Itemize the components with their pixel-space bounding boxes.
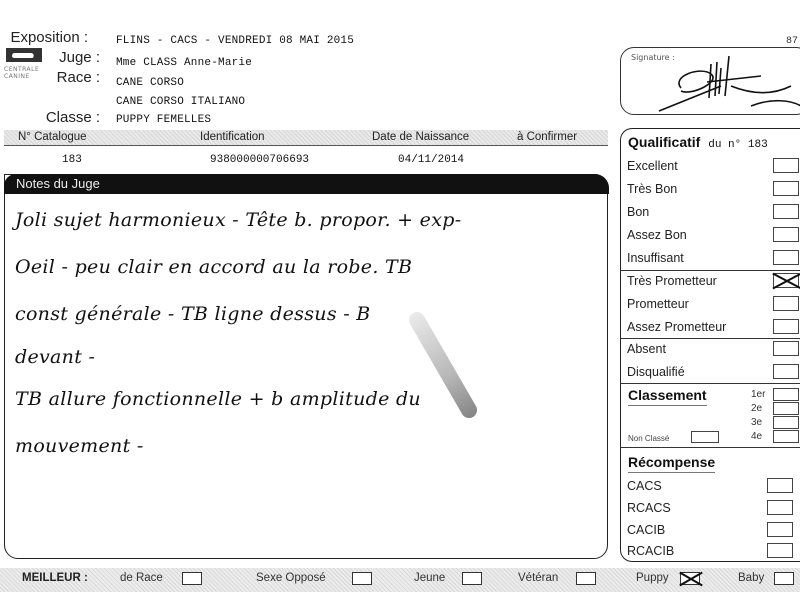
classe-value: PUPPY FEMELLES (116, 114, 211, 126)
meilleur-sexe-oppose-label: Sexe Opposé (256, 572, 326, 584)
signature-box: Signature : (620, 47, 800, 115)
disqualifie-checkbox[interactable] (773, 364, 799, 379)
non-classe-label: Non Classé (628, 434, 669, 443)
to-confirm-header: à Confirmer (517, 131, 577, 143)
divider (621, 447, 800, 448)
qualificatif-number: 183 (748, 139, 768, 151)
catalogue-number-header: N° Catalogue (18, 131, 87, 143)
qual-option-disqualifie: Disqualifié (627, 365, 685, 379)
rcacib-checkbox[interactable] (767, 543, 793, 558)
cacs-checkbox[interactable] (767, 478, 793, 493)
meilleur-label: MEILLEUR : (22, 572, 88, 584)
cacib-checkbox[interactable] (767, 522, 793, 537)
rcacs-checkbox[interactable] (767, 500, 793, 515)
classe-label: Classe : (4, 109, 100, 126)
classement-title: Classement (628, 387, 707, 403)
exposition-value: FLINS - CACS - VENDREDI 08 MAI 2015 (116, 35, 354, 47)
recompense-cacib: CACIB (627, 523, 665, 537)
excellent-checkbox[interactable] (773, 158, 799, 173)
notes-text: Joli sujet harmonieux - Tête b. propor. … (15, 197, 600, 470)
rank-1-label: 1er (751, 389, 765, 400)
qual-option-prometteur: Prometteur (627, 297, 689, 311)
page-number: 87 (786, 36, 798, 47)
divider (621, 383, 800, 384)
qualificatif-panel: Qualificatif du n° 183 Excellent Très Bo… (620, 128, 800, 562)
qual-option-assez-bon: Assez Bon (627, 228, 687, 242)
bon-checkbox[interactable] (773, 204, 799, 219)
birth-date-header: Date de Naissance (372, 131, 469, 143)
note-line: TB allure fonctionnelle + b amplitude du (15, 376, 600, 423)
rank-4-label: 4e (751, 431, 762, 442)
catalogue-header-bar: N° Catalogue Identification Date de Nais… (4, 130, 608, 146)
recompense-cacs: CACS (627, 479, 662, 493)
tres-bon-checkbox[interactable] (773, 181, 799, 196)
notes-header: Notes du Juge (4, 174, 609, 194)
meilleur-veteran-label: Vétéran (518, 572, 558, 584)
rank-4-checkbox[interactable] (773, 430, 799, 443)
assez-bon-checkbox[interactable] (773, 227, 799, 242)
race-value: CANE CORSO (116, 77, 184, 89)
qual-option-assez-prometteur: Assez Prometteur (627, 320, 726, 334)
juge-value: Mme CLASS Anne-Marie (116, 57, 252, 69)
catalogue-number-value: 183 (62, 154, 82, 166)
note-line: Oeil - peu clair en accord au la robe. T… (15, 244, 600, 291)
birth-date-value: 04/11/2014 (398, 154, 464, 166)
identification-value: 938000000706693 (210, 154, 309, 166)
non-classe-checkbox[interactable] (691, 431, 719, 443)
identification-header: Identification (200, 131, 265, 143)
meilleur-de-race-label: de Race (120, 572, 163, 584)
qual-option-insuffisant: Insuffisant (627, 251, 684, 265)
rank-2-checkbox[interactable] (773, 402, 799, 415)
meilleur-baby-label: Baby (738, 572, 764, 584)
signature-mark-icon (651, 56, 800, 116)
rank-3-checkbox[interactable] (773, 416, 799, 429)
logo-text: CENTRALE CANINE (4, 66, 34, 80)
tres-prometteur-checkbox[interactable] (773, 273, 799, 288)
divider (621, 270, 800, 271)
qualificatif-title: Qualificatif du n° 183 (628, 134, 768, 151)
qual-option-tres-bon: Très Bon (627, 182, 677, 196)
recompense-rcacs: RCACS (627, 501, 671, 515)
absent-checkbox[interactable] (773, 341, 799, 356)
qual-option-absent: Absent (627, 342, 666, 356)
meilleur-puppy-label: Puppy (636, 572, 669, 584)
baby-checkbox[interactable] (774, 572, 794, 585)
de-race-checkbox[interactable] (182, 572, 202, 585)
assez-prometteur-checkbox[interactable] (773, 319, 799, 334)
veteran-checkbox[interactable] (576, 572, 596, 585)
prometteur-checkbox[interactable] (773, 296, 799, 311)
divider (621, 338, 800, 339)
jeune-checkbox[interactable] (462, 572, 482, 585)
recompense-title: Récompense (628, 454, 715, 470)
notes-title: Notes du Juge (16, 176, 100, 191)
note-line: mouvement - (15, 423, 600, 470)
rank-2-label: 2e (751, 403, 762, 414)
note-line: devant - (15, 338, 600, 376)
note-line: Joli sujet harmonieux - Tête b. propor. … (15, 197, 600, 244)
recompense-rcacib: RCACIB (627, 544, 674, 558)
exposition-label: Exposition : (4, 29, 88, 46)
qual-option-bon: Bon (627, 205, 649, 219)
puppy-checkbox[interactable] (680, 572, 700, 585)
race-variety-value: CANE CORSO ITALIANO (116, 96, 245, 108)
qual-option-excellent: Excellent (627, 159, 678, 173)
qual-option-tres-prometteur: Très Prometteur (627, 274, 717, 288)
rank-3-label: 3e (751, 417, 762, 428)
rank-1-checkbox[interactable] (773, 388, 799, 401)
meilleur-bar: MEILLEUR : de Race Sexe Opposé Jeune Vét… (0, 568, 800, 592)
centrale-canine-logo-icon (6, 48, 42, 62)
judge-notes-box: Notes du Juge Joli sujet harmonieux - Tê… (4, 174, 608, 559)
meilleur-jeune-label: Jeune (414, 572, 445, 584)
note-line: const générale - TB ligne dessus - B (15, 291, 600, 338)
insuffisant-checkbox[interactable] (773, 250, 799, 265)
sexe-oppose-checkbox[interactable] (352, 572, 372, 585)
